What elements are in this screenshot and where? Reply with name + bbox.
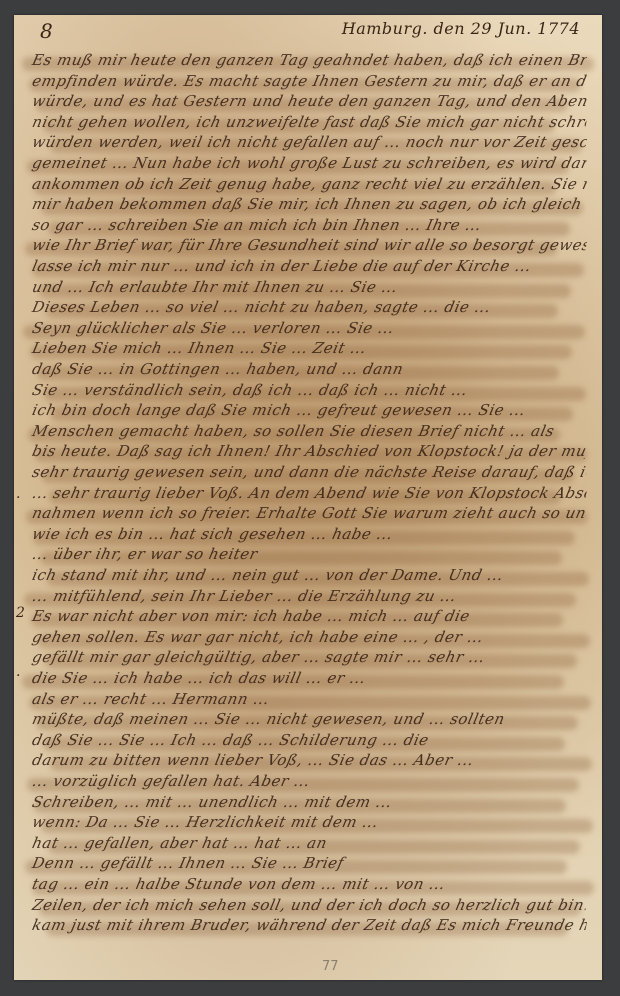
margin-mark: · [16, 490, 20, 506]
handwritten-line: ... vorzüglich gefallen hat. Aber ... [30, 772, 589, 794]
handwritten-line: darum zu bitten wenn lieber Voß, ... Sie… [30, 751, 589, 773]
handwritten-line: ich bin doch lange daß Sie mich ... gefr… [30, 401, 589, 423]
handwritten-line: gemeinet ... Nun habe ich wohl große Lus… [30, 154, 589, 176]
margin-mark: 2 [16, 605, 25, 621]
handwritten-line: nicht gehen wollen, ich unzweifelte fast… [30, 113, 589, 135]
handwritten-line: Sie ... verständlich sein, daß ich ... d… [30, 381, 589, 403]
handwritten-line: nahmen wenn ich so freier. Erhalte Gott … [30, 504, 589, 526]
page-number: 8 [40, 19, 53, 43]
handwritten-line: bis heute. Daß sag ich Ihnen! Ihr Abschi… [30, 442, 589, 464]
handwritten-line: wenn: Da ... Sie ... Herzlichkeit mit de… [30, 813, 589, 835]
handwritten-line: daß Sie ... in Gottingen ... haben, und … [30, 360, 589, 382]
dateline: Hamburg. den 29 Jun. 1774 [342, 19, 580, 38]
handwritten-line: tag ... ein ... halbe Stunde von dem ...… [30, 875, 589, 897]
handwritten-line: ... sehr traurig lieber Voß. An dem Aben… [30, 484, 589, 506]
handwritten-line: so gar ... schreiben Sie an mich ich bin… [30, 216, 589, 238]
handwritten-line: Seyn glücklicher als Sie ... verloren ..… [30, 319, 589, 341]
handwritten-line: wie Ihr Brief war, für Ihre Gesundheit s… [30, 236, 589, 258]
handwritten-line: müßte, daß meinen ... Sie ... nicht gewe… [30, 710, 589, 732]
handwritten-line: gehen sollen. Es war gar nicht, ich habe… [30, 628, 589, 650]
handwritten-line: Schreiben, ... mit ... unendlich ... mit… [30, 793, 589, 815]
handwritten-line: lasse ich mir nur ... und ich in der Lie… [30, 257, 589, 279]
handwritten-line: würden werden, weil ich nicht gefallen a… [30, 133, 589, 155]
handwritten-line: und ... Ich erlaubte Ihr mit Ihnen zu ..… [30, 278, 589, 300]
handwritten-line: ... über ihr, er war so heiter [30, 545, 589, 567]
handwritten-line: als er ... recht ... Hermann ... [30, 690, 589, 712]
handwritten-line: die Sie ... ich habe ... ich das will ..… [30, 669, 589, 691]
letter-page: 8 Hamburg. den 29 Jun. 1774 Es muß mir h… [14, 15, 602, 980]
handwritten-line: ... mitfühlend, sein Ihr Lieber ... die … [30, 587, 589, 609]
folio-number: 77 [322, 959, 339, 974]
handwritten-line: Menschen gemacht haben, so sollen Sie di… [30, 422, 589, 444]
handwritten-line: Lieben Sie mich ... Ihnen ... Sie ... Ze… [30, 339, 589, 361]
handwritten-line: Zeilen, der ich mich sehen soll, und der… [30, 896, 589, 918]
margin-mark: · [16, 668, 20, 684]
handwritten-line: Denn ... gefällt ... Ihnen ... Sie ... B… [30, 854, 589, 876]
handwritten-line: ich stand mit ihr, und ... nein gut ... … [30, 566, 589, 588]
handwritten-line: ankommen ob ich Zeit genug habe, ganz re… [30, 175, 589, 197]
handwritten-line: daß Sie ... Sie ... Ich ... daß ... Schi… [30, 731, 589, 753]
handwritten-line: hat ... gefallen, aber hat ... hat ... a… [30, 834, 589, 856]
handwritten-line: Dieses Leben ... so viel ... nicht zu ha… [30, 298, 589, 320]
handwritten-line: würde, und es hat Gestern und heute den … [30, 92, 589, 114]
handwritten-line: Es muß mir heute den ganzen Tag geahndet… [30, 51, 589, 73]
handwritten-line: sehr traurig gewesen sein, und dann die … [30, 463, 589, 485]
handwritten-line: gefällt mir gar gleichgültig, aber ... s… [30, 648, 589, 670]
handwritten-line: empfinden würde. Es macht sagte Ihnen Ge… [30, 72, 589, 94]
handwritten-line: wie ich es bin ... hat sich gesehen ... … [30, 525, 589, 547]
handwritten-line: kam just mit ihrem Bruder, während der Z… [30, 916, 589, 938]
handwritten-line: mir haben bekommen daß Sie mir, ich Ihne… [30, 195, 589, 217]
handwritten-line: Es war nicht aber von mir: ich habe ... … [30, 607, 589, 629]
